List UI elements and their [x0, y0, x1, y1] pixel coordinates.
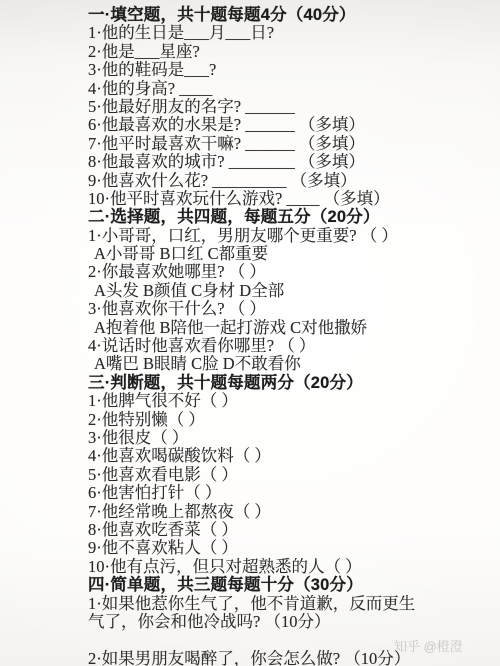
section-heading: 一·填空题，共十题每题4分（40分）: [88, 6, 492, 24]
question-line: 6·他害怕打针（ ）: [88, 484, 492, 502]
question-line: 5·他最好朋友的名字? ______: [88, 98, 492, 116]
question-line: 10·他有点污，但只对超熟悉的人（ ）: [88, 558, 492, 576]
question-line: 1·如果他惹你生气了，他不肯道歉，反而更生: [88, 595, 492, 613]
question-line: 1·小哥哥，口红，男朋友哪个更重要? （ ）: [88, 227, 492, 245]
section-heading: 三·判断题，共十题每题两分（20分）: [88, 374, 492, 392]
question-line: 6·他最喜欢的水果是? ______ （多填）: [88, 116, 492, 134]
quiz-photo-background: 一·填空题，共十题每题4分（40分）1·他的生日是___月___日?2·他是__…: [0, 0, 500, 666]
question-line: 8·他喜欢吃香菜（ ）: [88, 521, 492, 539]
question-line: 8·他最喜欢的城市? ________ （多填）: [88, 153, 492, 171]
question-line: 2·他特别懒（ ）: [88, 411, 492, 429]
option-line: A抱着他 B陪他一起打游戏 C对他撒娇: [88, 319, 492, 337]
section-heading: 二·选择题，共四题，每题五分（20分）: [88, 208, 492, 226]
question-line: 10·他平时喜欢玩什么游戏? ____ （多填）: [88, 190, 492, 208]
option-line: A嘴巴 B眼睛 C脸 D不敢看你: [88, 355, 492, 373]
question-line: 9·他不喜欢粘人（ ）: [88, 539, 492, 557]
question-line: 3·他很皮（ ）: [88, 429, 492, 447]
watermark: 知乎 @橙澄: [394, 636, 463, 655]
question-line: 4·他的身高? ____: [88, 80, 492, 98]
question-line: 7·他平时最喜欢干嘛? ______ （多填）: [88, 135, 492, 153]
question-line: 9·他喜欢什么花? _________ （多填）: [88, 172, 492, 190]
question-line: 3·他的鞋码是___?: [88, 61, 492, 79]
option-line: A头发 B颜值 C身材 D全部: [88, 282, 492, 300]
option-line: A小哥哥 B口红 C都重要: [88, 245, 492, 263]
quiz-text-block: 一·填空题，共十题每题4分（40分）1·他的生日是___月___日?2·他是__…: [88, 6, 492, 666]
question-line: 4·他喜欢喝碳酸饮料（ ）: [88, 447, 492, 465]
question-line: 5·他喜欢看电影（ ）: [88, 466, 492, 484]
question-line: 2·他是___星座?: [88, 43, 492, 61]
question-line: 3·他喜欢你干什么? （ ）: [88, 300, 492, 318]
question-line: 气了，你会和他冷战吗? （10分）: [88, 613, 492, 631]
question-line: 2·你最喜欢她哪里? （ ）: [88, 263, 492, 281]
question-line: 7·他经常晚上都熬夜（ ）: [88, 503, 492, 521]
section-heading: 四·简单题，共三题每题十分（30分）: [88, 576, 492, 594]
question-line: 1·他脾气很不好（ ）: [88, 392, 492, 410]
question-line: 1·他的生日是___月___日?: [88, 24, 492, 42]
question-line: 4·说话时他喜欢看你哪里? （ ）: [88, 337, 492, 355]
